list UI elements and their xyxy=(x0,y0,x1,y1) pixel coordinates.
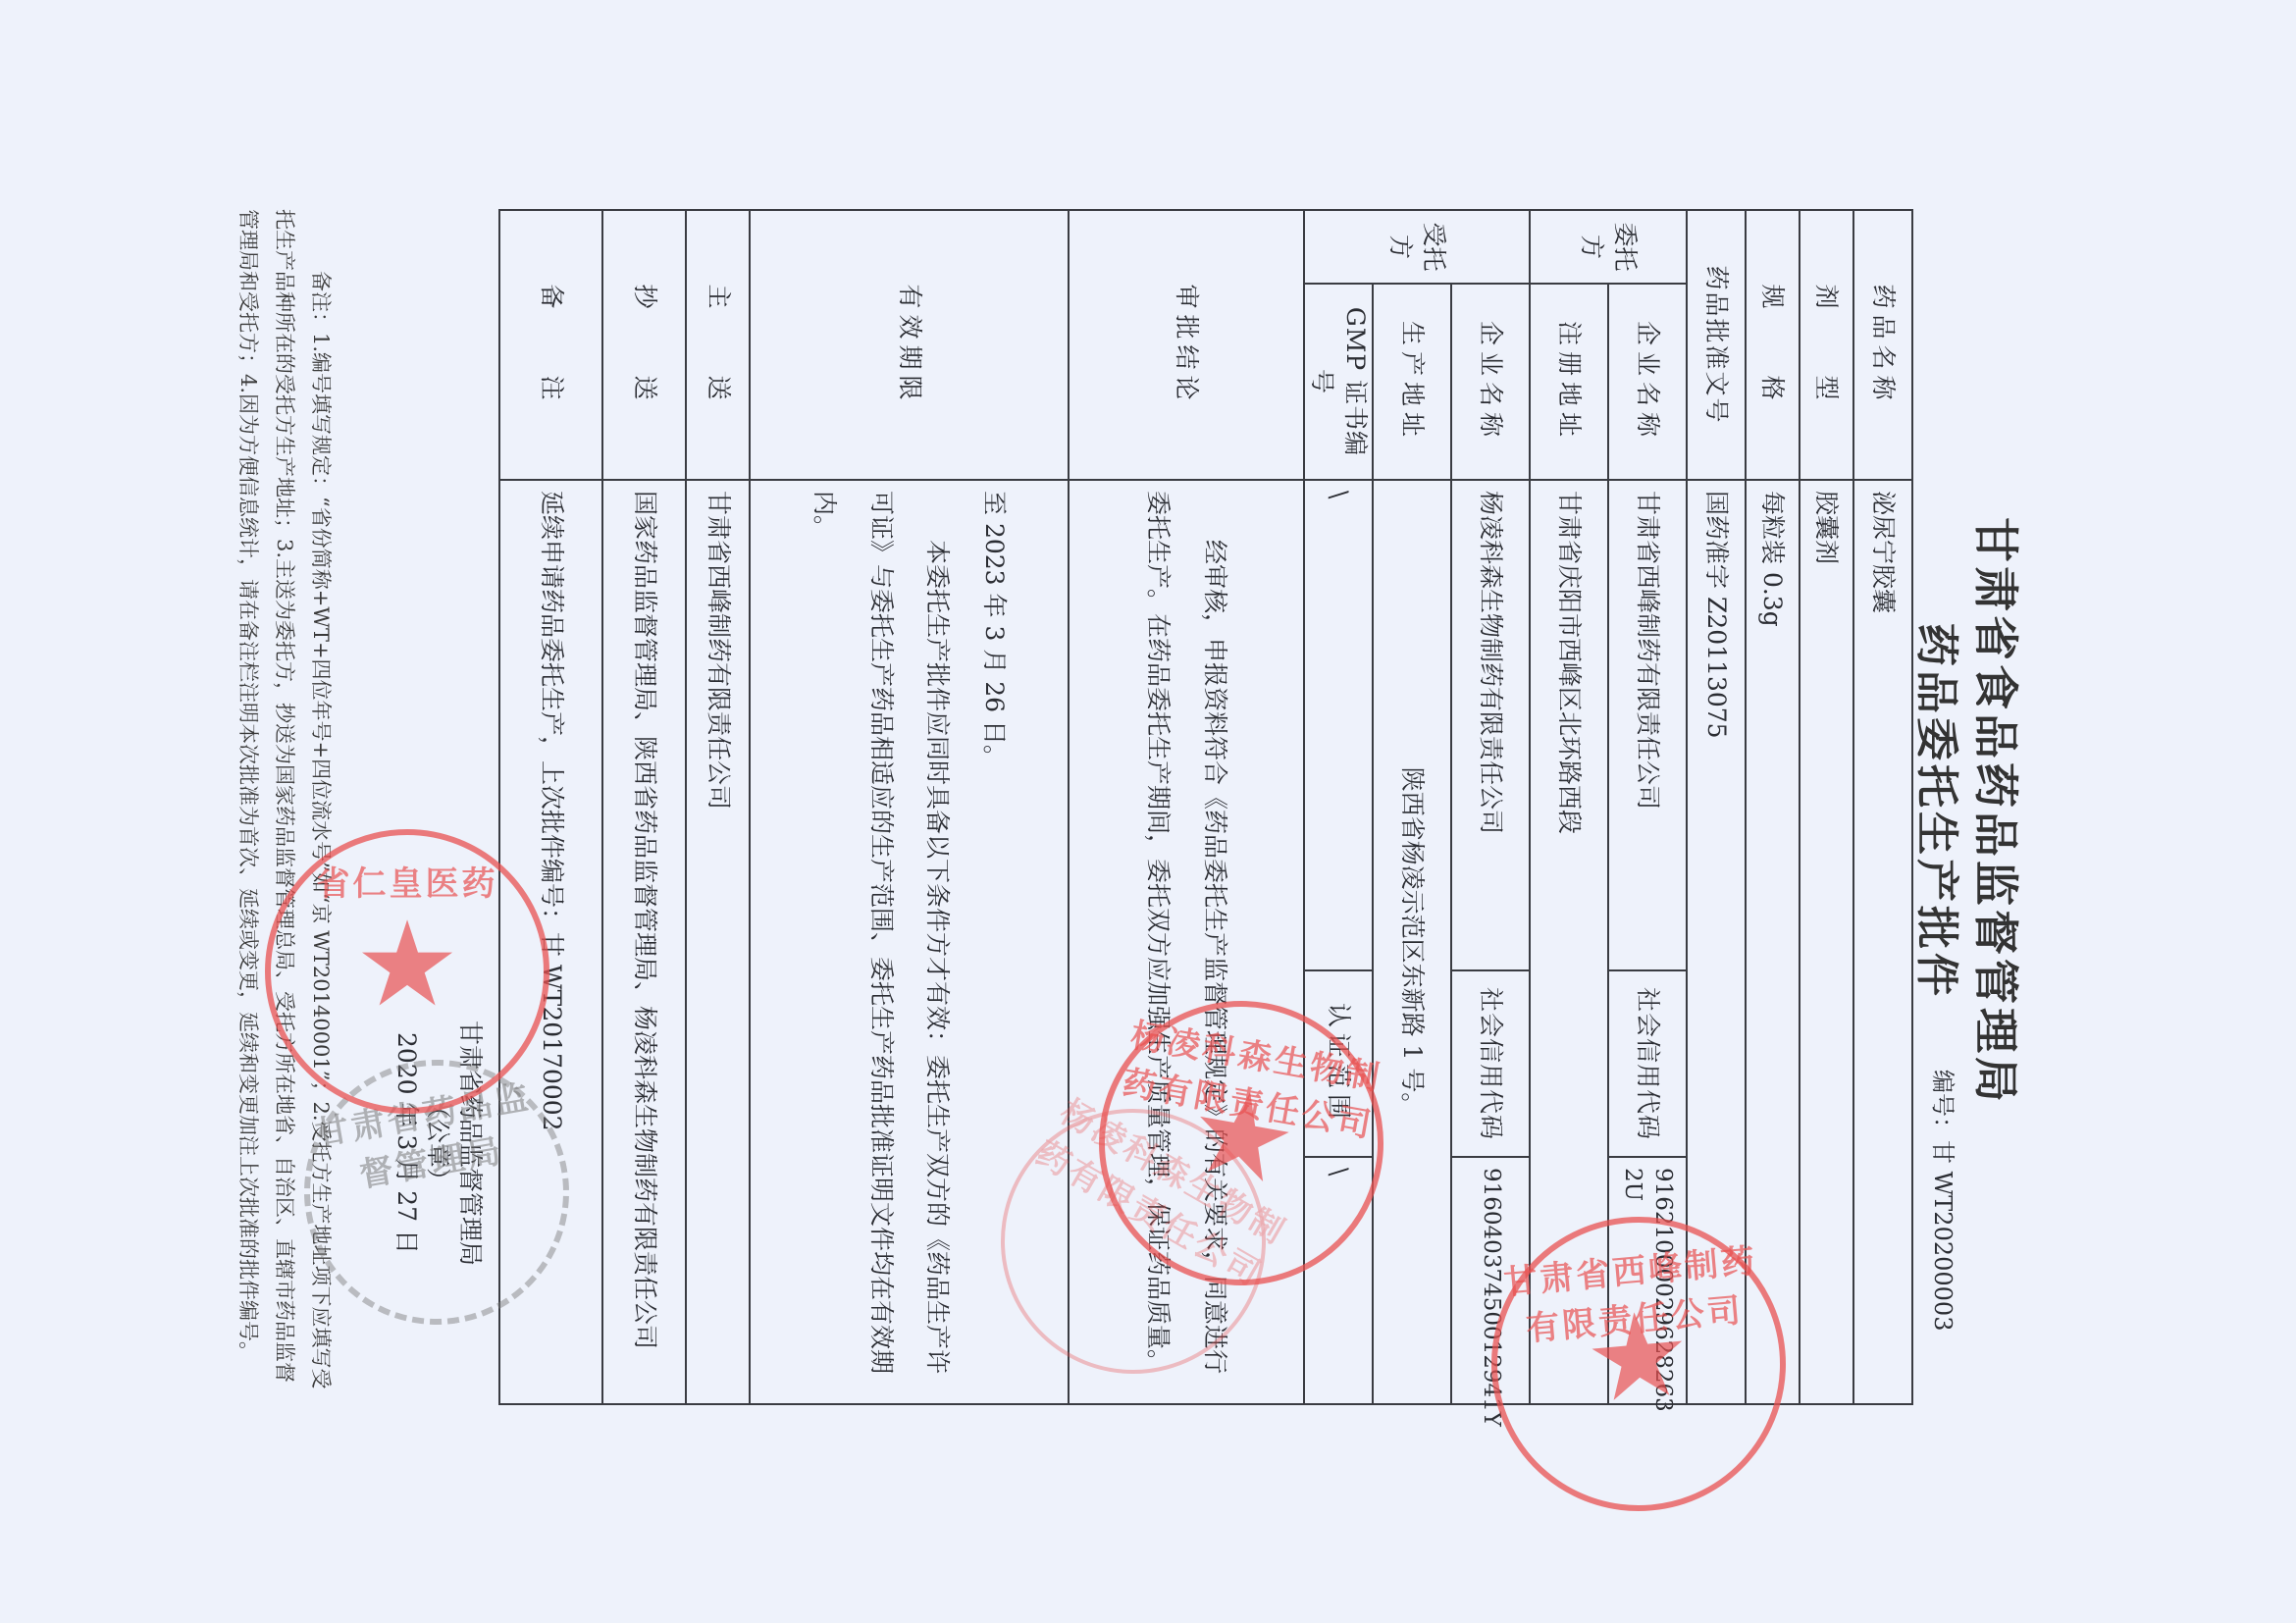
dosage-form-value: 胶囊剂 xyxy=(1800,480,1853,1404)
entrusted-credit-label: 社会信用代码 xyxy=(1451,970,1530,1157)
entrusting-address-label: 注册地址 xyxy=(1530,284,1608,480)
main-recipient-label: 主 送 xyxy=(687,210,751,480)
approval-document: 甘肃省食品药品监督管理局 药品委托生产批件 编号：甘 WT20200003 药品… xyxy=(0,0,2296,1623)
specification-label: 规 格 xyxy=(1746,210,1800,480)
main-recipient-value: 甘肃省西峰制药有限责任公司 xyxy=(687,480,751,1404)
entrusting-party-label: 委托方 xyxy=(1530,210,1687,284)
entrusted-company-label: 企业名称 xyxy=(1451,284,1530,480)
entrusting-company-value: 甘肃省西峰制药有限责任公司 xyxy=(1608,480,1687,970)
pharmacy-seal: 省仁皇医药 ★ xyxy=(265,829,549,1114)
remarks-label: 备 注 xyxy=(500,210,603,480)
approval-number-label: 药品批准文号 xyxy=(1687,210,1746,480)
drug-name-value: 泌尿宁胶囊 xyxy=(1853,480,1912,1404)
row-entrusted-address: 生产地址 陕西省杨凌示范区东新路 1 号。 xyxy=(1373,210,1451,1404)
row-main-recipient: 主 送 甘肃省西峰制药有限责任公司 xyxy=(687,210,751,1404)
issuing-agency-heading: 甘肃省食品药品监督管理局 xyxy=(1966,0,2031,1623)
row-specification: 规 格 每粒装 0.3g xyxy=(1746,210,1800,1404)
row-entrusted-company: 受托方 企业名称 杨凌科森生物制药有限责任公司 社会信用代码 916040374… xyxy=(1451,210,1530,1404)
row-dosage-form: 剂 型 胶囊剂 xyxy=(1800,210,1853,1404)
row-drug-name: 药品名称 泌尿宁胶囊 xyxy=(1853,210,1912,1404)
validity-conditions: 本委托生产批件应同时具备以下条件方才有效：委托生产双方的《药品生产许可证》与委托… xyxy=(797,491,966,1393)
cc-value: 国家药品监督管理局、陕西省药品监督管理局、杨凌科森生物制药有限责任公司 xyxy=(603,480,687,1404)
entrusted-address-label: 生产地址 xyxy=(1373,284,1451,480)
entrusted-company-value: 杨凌科森生物制药有限责任公司 xyxy=(1451,480,1530,970)
drug-name-label: 药品名称 xyxy=(1853,210,1912,480)
dosage-form-label: 剂 型 xyxy=(1800,210,1853,480)
conclusion-label: 审批结论 xyxy=(1070,210,1305,480)
row-approval-number: 药品批准文号 国药准字 Z20113075 xyxy=(1687,210,1746,1404)
gmp-value: \ xyxy=(1305,480,1374,970)
star-icon: ★ xyxy=(1581,1295,1696,1422)
document-number: 编号：甘 WT20200003 xyxy=(1928,1070,1962,1331)
entrusted-address-value: 陕西省杨凌示范区东新路 1 号。 xyxy=(1373,480,1451,1404)
entrusting-credit-label: 社会信用代码 xyxy=(1608,970,1687,1157)
document-title: 药品委托生产批件 xyxy=(1909,0,1972,1623)
gmp-label: GMP 证书编号 xyxy=(1305,284,1374,480)
entrusting-company-label: 企业名称 xyxy=(1608,284,1687,480)
star-icon: ★ xyxy=(354,907,460,1024)
cc-label: 抄 送 xyxy=(603,210,687,480)
row-cc: 抄 送 国家药品监督管理局、陕西省药品监督管理局、杨凌科森生物制药有限责任公司 xyxy=(603,210,687,1404)
validity-label: 有效期限 xyxy=(751,210,1070,480)
entrusted-party-label: 受托方 xyxy=(1305,210,1531,284)
